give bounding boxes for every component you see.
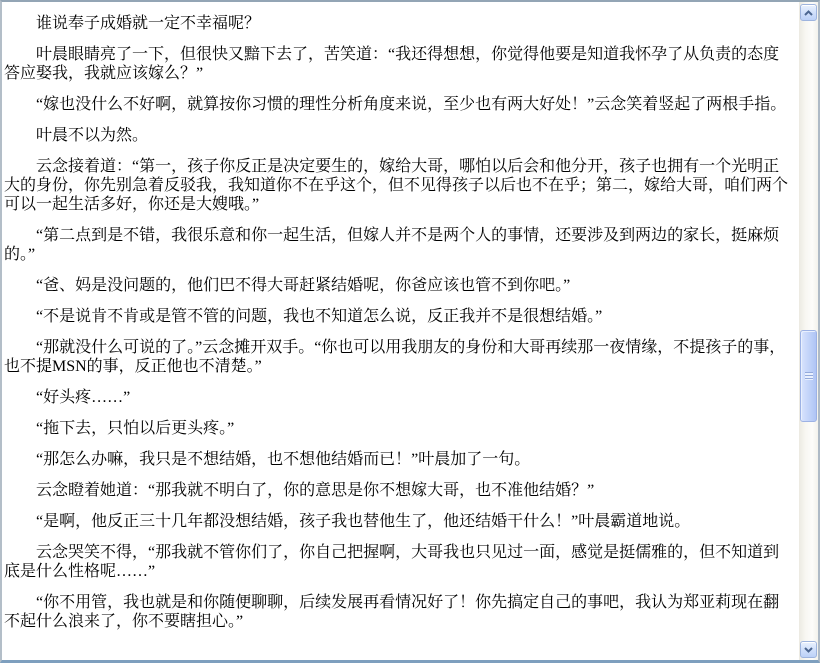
paragraph: “好头疼……”	[4, 388, 790, 407]
scrollbar-track[interactable]	[799, 21, 818, 641]
paragraph: “那怎么办嘛，我只是不想结婚，也不想他结婚而已！”叶晨加了一句。	[4, 450, 790, 469]
scroll-down-button[interactable]	[800, 641, 817, 658]
scrollbar-thumb-grip-icon	[805, 372, 813, 380]
paragraph: “第二点到是不错，我很乐意和你一起生活，但嫁人并不是两个人的事情，还要涉及到两边…	[4, 226, 790, 264]
paragraph: “那就没什么可说的了。”云念摊开双手。“你也可以用我朋友的身份和大哥再续那一夜情…	[4, 338, 790, 376]
paragraph: 云念接着道：“第一，孩子你反正是决定要生的，嫁给大哥，哪怕以后会和他分开，孩子也…	[4, 157, 790, 214]
paragraph: “拖下去，只怕以后更头疼。”	[4, 419, 790, 438]
paragraph: “是啊，他反正三十几年都没想结婚，孩子我也替他生了，他还结婚干什么！”叶晨霸道地…	[4, 512, 790, 531]
paragraph: 云念哭笑不得，“那我就不管你们了，你自己把握啊，大哥我也只见过一面，感觉是挺儒雅…	[4, 543, 790, 581]
text-viewer-window: 谁说奉子成婚就一定不幸福呢？ 叶晨眼睛亮了一下，但很快又黯下去了，苦笑道：“我还…	[0, 0, 820, 663]
paragraph: 云念瞪着她道：“那我就不明白了，你的意思是你不想嫁大哥，也不准他结婚？”	[4, 481, 790, 500]
paragraph: 叶晨眼睛亮了一下，但很快又黯下去了，苦笑道：“我还得想想，你觉得他要是知道我怀孕…	[4, 45, 790, 83]
paragraph: “你不用管，我也就是和你随便聊聊，后续发展再看情况好了！你先搞定自己的事吧，我认…	[4, 593, 790, 631]
scroll-up-button[interactable]	[800, 4, 817, 21]
paragraph: “不是说肯不肯或是管不管的问题，我也不知道怎么说，反正我并不是很想结婚。”	[4, 307, 790, 326]
paragraph: 叶晨不以为然。	[4, 126, 790, 145]
chevron-up-icon	[804, 10, 813, 16]
chevron-down-icon	[804, 647, 813, 653]
vertical-scrollbar[interactable]	[799, 2, 818, 660]
paragraph: “爸、妈是没问题的，他们巴不得大哥赶紧结婚呢，你爸应该也管不到你吧。”	[4, 276, 790, 295]
paragraph: 谁说奉子成婚就一定不幸福呢？	[4, 14, 790, 33]
paragraph: “嫁也没什么不好啊，就算按你习惯的理性分析角度来说，至少也有两大好处！”云念笑着…	[4, 95, 790, 114]
scrollbar-thumb[interactable]	[800, 330, 817, 422]
document-content: 谁说奉子成婚就一定不幸福呢？ 叶晨眼睛亮了一下，但很快又黯下去了，苦笑道：“我还…	[2, 2, 799, 660]
